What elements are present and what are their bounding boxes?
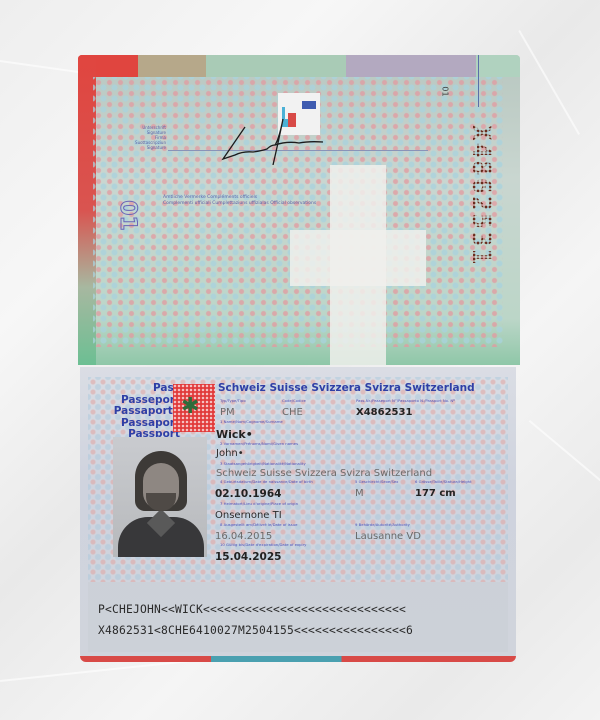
doc-type-de: Pass xyxy=(90,383,180,395)
issue-date-value: 16.04.2015 xyxy=(215,531,272,542)
sex-value: M xyxy=(355,488,364,499)
signature-labels: Unterschrift Signature Firma Suottascrip… xyxy=(126,125,166,150)
official-observations: Amtliche Vermerke Compléments officiels … xyxy=(163,195,316,207)
dob-value: 02.10.1964 xyxy=(215,488,281,500)
top-band-purple xyxy=(346,55,476,77)
page-edge-strip xyxy=(80,656,516,662)
surname-label: 1 Name/Nom/Cognome/Surname xyxy=(220,420,283,425)
passport-upper-page: 01 Unterschrift Signature Firma Suottasc… xyxy=(78,55,520,365)
dob-label: 4 Geburtsdatum/Date de naissance/Date of… xyxy=(220,480,313,485)
nationality-label: 3 Staatsangehörigkeit/Nationalité/Nation… xyxy=(220,462,306,467)
given-names-label: 2 Vornamen/Prénoms/Nomi/Given names xyxy=(220,442,298,447)
passport-no-label: Pass-Nr./Passeport N°/Passaporto N./Pass… xyxy=(356,399,455,404)
authority-value: Lausanne VD xyxy=(355,531,421,542)
page-number-small: 01 xyxy=(441,86,450,96)
place-of-origin-value: Onsernone TI xyxy=(215,510,282,521)
mrz-zone xyxy=(88,582,508,652)
emblem-icon: ✱ xyxy=(173,384,215,432)
country-name: Schweiz Suisse Svizzera Svizra Switzerla… xyxy=(218,382,475,394)
code-label: Code/Codice xyxy=(282,399,306,404)
expiry-date-value: 15.04.2025 xyxy=(215,551,281,563)
signature-icon xyxy=(213,115,343,165)
holder-photo xyxy=(113,437,207,557)
top-band-mint xyxy=(476,55,520,77)
paper-crease xyxy=(518,30,580,135)
passport-data-page: Pass Passeport Passaporto Passaport Pass… xyxy=(80,367,516,660)
height-label: 6 Grösse/Taille/Statura/Height xyxy=(415,480,472,485)
mrz-line-1: P<CHEJOHN<<WICK<<<<<<<<<<<<<<<<<<<<<<<<<… xyxy=(98,603,406,616)
type-value: PM xyxy=(220,407,235,418)
top-band-tan xyxy=(138,55,206,77)
height-value: 177 cm xyxy=(415,488,456,499)
swiss-cross-watermark-bar xyxy=(290,230,426,286)
observations-label-2: Complementi ufficiali Cumplettaziuns uff… xyxy=(163,201,316,207)
page-margin-line xyxy=(478,55,479,107)
paper-crease xyxy=(529,420,600,486)
perforated-passport-number: X4862531 xyxy=(466,125,496,266)
page-number-large: 01 xyxy=(115,200,140,231)
edelweiss-icon: ✱ xyxy=(181,396,199,418)
sex-label: 5 Geschlecht/Sexe/Sex xyxy=(355,480,398,485)
mrz-line-2: X4862531<8CHE6410027M2504155<<<<<<<<<<<<… xyxy=(98,624,413,637)
expiry-date-label: 10 Gültig bis/Date d'expiration/Date of … xyxy=(220,543,306,548)
type-label: Typ/Type/Tipo xyxy=(220,399,246,404)
authority-label: 9 Behörde/Autorité/Authority xyxy=(355,523,410,528)
nationality-value: Schweiz Suisse Svizzera Svizra Switzerla… xyxy=(216,468,432,479)
signature-label: Signature xyxy=(126,145,166,150)
passport-no-value: X4862531 xyxy=(356,407,412,418)
surname-value: Wick• xyxy=(216,428,253,441)
doc-type-it: Passaporto xyxy=(90,406,180,418)
code-value: CHE xyxy=(282,407,303,418)
place-of-origin-label: 7 Heimatort/Lieu d'origine/Place of orig… xyxy=(220,502,298,507)
document-types: Pass Passeport Passaporto Passaport Pass… xyxy=(90,383,180,441)
issue-date-label: 8 Ausgestellt am/Délivré le/Date of issu… xyxy=(220,523,297,528)
given-names-value: John• xyxy=(216,448,244,459)
top-band-green xyxy=(206,55,346,77)
